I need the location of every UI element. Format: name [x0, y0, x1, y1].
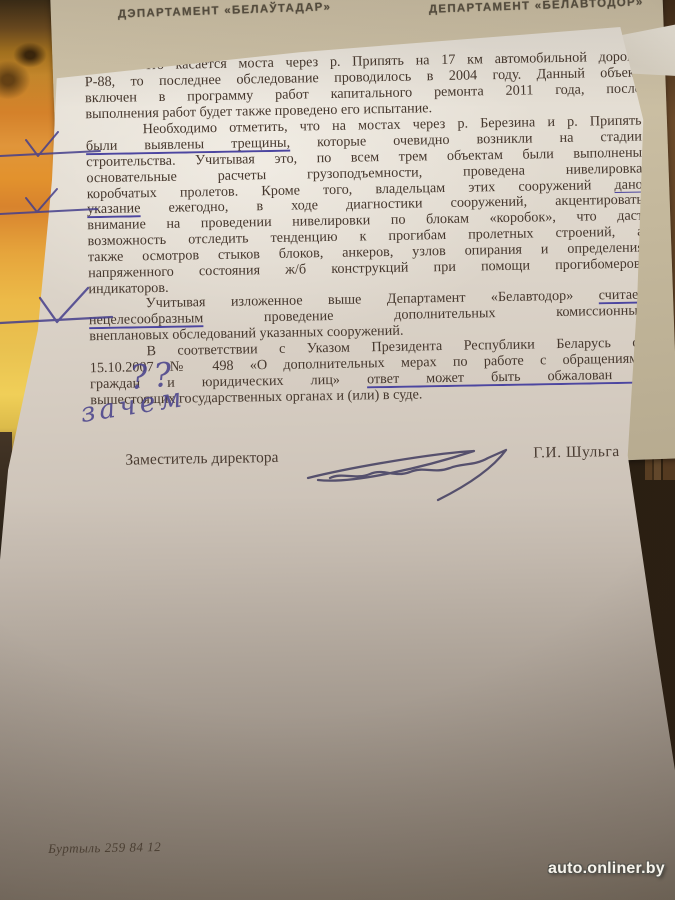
signer-name: Г.И. Шульга [533, 443, 620, 463]
pen-underlined-text: указание [87, 201, 141, 218]
photo-scene: ДЭПАРТАМЕНТ «БЕЛАЎТАДАР» РЕСПУБЛИКИ БЕЛА… [0, 0, 675, 900]
pen-underlined-text: дано [614, 177, 642, 192]
paragraph-cracks-note: Необходимо отметить, что на мостах через… [86, 114, 645, 298]
signer-title: Заместитель директора [125, 449, 278, 470]
letterhead-right-block: РЕСПУБЛИКИ БЕЛАРУСЬ ДЕПАРТАМЕНТ «БЕЛАВТО… [428, 0, 644, 16]
footer-contact: Буртыль 259 84 12 [48, 839, 161, 857]
watermark: auto.onliner.by [548, 860, 665, 878]
paragraph-appeal-rights: В соответствии с Указом Президента Респу… [89, 336, 646, 409]
letter-page: Что касается моста через р. Припять на 1… [0, 0, 675, 900]
letterhead-left-department: ДЭПАРТАМЕНТ «БЕЛАЎТАДАР» [118, 1, 332, 20]
pen-underlined-text: нецелесообразным [89, 310, 204, 328]
letter-text-layer: Что касается моста через р. Припять на 1… [0, 0, 675, 900]
typed-text: индикаторов. [88, 280, 168, 297]
letterhead-right-department: ДЕПАРТАМЕНТ «БЕЛАВТОДОР» [429, 0, 644, 16]
